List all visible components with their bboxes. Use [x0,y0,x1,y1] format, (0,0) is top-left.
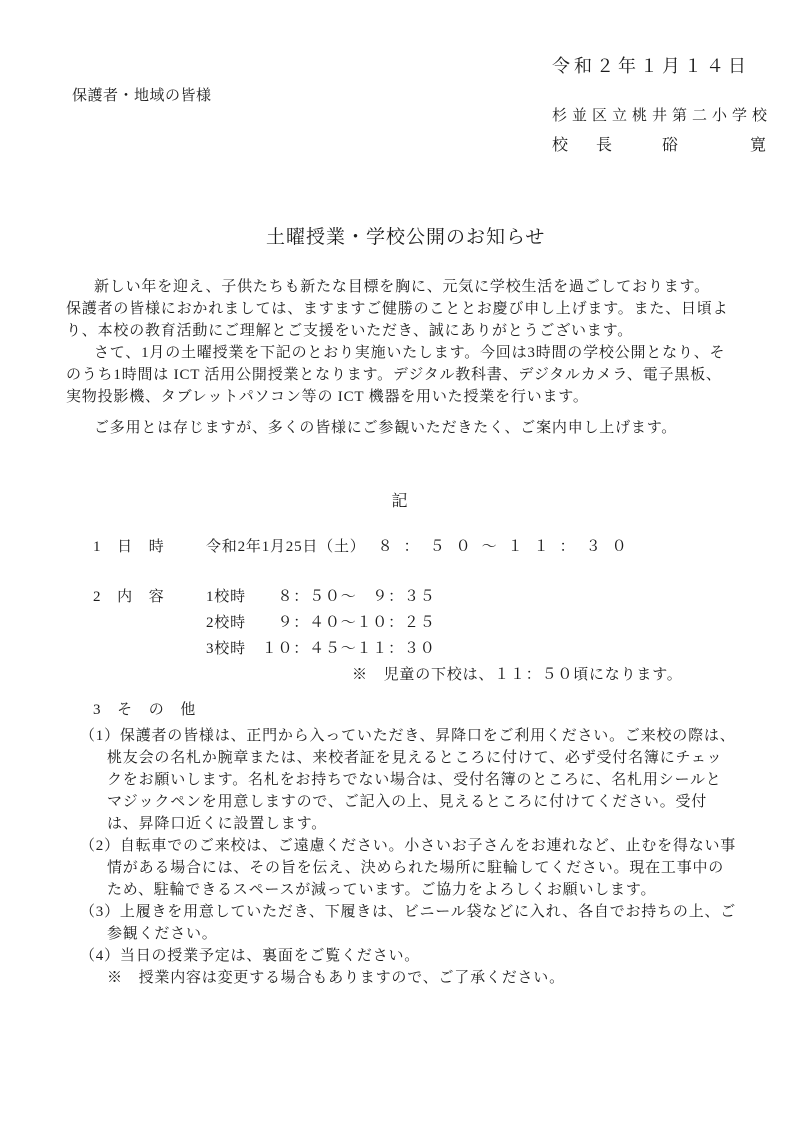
other-item-line: クをお願いします。名札をお持ちでない場合は、受付名簿のところに、名札用シールと [66,769,736,791]
other-item-line: （2）自転車でのご来校は、ご遠慮ください。小さいお子さんをお連れなど、止むを得な… [66,835,736,857]
ki-heading: 記 [0,488,800,511]
schedule-row: 1校時 ８：５０～ ９：３５ [206,589,436,605]
document-date: 令和２年１月１４日 [552,52,750,78]
body-line: 保護者の皆様におかれましては、ますますご健勝のこととお慶び申し上げます。また、日… [66,298,728,320]
item-number-label: 1 日 時 [93,534,206,560]
other-item-line: 参観ください。 [66,923,736,945]
body-line: 実物投影機、タブレットパソコン等の ICT 機器を用いた授業を行います。 [66,386,728,408]
body-paragraphs: 新しい年を迎え、子供たちも新たな目標を胸に、元気に学校生活を過ごしております。 … [66,276,728,439]
final-note: ※ 授業内容は変更する場合もありますので、ご了承ください。 [66,967,736,989]
school-notice-document: 令和２年１月１４日 保護者・地域の皆様 杉並区立桃井第二小学校 校 長 硲 寛 … [0,0,800,1131]
document-title: 土曜授業・学校公開のお知らせ [266,222,545,249]
event-time: ８：５０～１１：３０ [378,539,638,555]
event-date: 令和2年1月25日（土） [206,539,366,555]
item-other-heading: 3 そ の 他 [66,699,196,721]
schedule-row: 3校時 １０：４５～１１：３０ [66,636,683,662]
other-item-line: マジックペンを用意しますので、ご記入の上、見えるところに付けてください。受付 [66,791,736,813]
other-item-line: 桃友会の名札か腕章または、来校者証を見えるところに付けて、必ず受付名簿にチェッ [66,747,736,769]
body-line: のうち1時間は ICT 活用公開授業となります。デジタル教科書、デジタルカメラ、… [66,364,728,386]
school-name: 杉並区立桃井第二小学校 [552,102,772,131]
body-line: 新しい年を迎え、子供たちも新たな目標を胸に、元気に学校生活を過ごしております。 [66,276,728,298]
schedule-row: 2校時 ９：４０～１０：２５ [66,610,683,636]
body-line: ご多用とは存じますが、多くの皆様にご参観いただきたく、ご案内申し上げます。 [66,417,728,439]
dismissal-note: ※ 児童の下校は、１１：５０頃になります。 [66,662,683,688]
item-datetime: 1 日 時令和2年1月25日（土）８：５０～１１：３０ [66,534,638,560]
other-item-line: （3）上履きを用意していただき、下履きは、ビニール袋などに入れ、各自でお持ちの上… [66,901,736,923]
item-other-list: （1）保護者の皆様は、正門から入っていただき、昇降口をご利用ください。ご来校の際… [66,725,736,989]
other-item-line: （1）保護者の皆様は、正門から入っていただき、昇降口をご利用ください。ご来校の際… [66,725,736,747]
other-item-line: 情がある場合には、その旨を伝え、決められた場所に駐輪してください。現在工事中の [66,857,736,879]
addressee: 保護者・地域の皆様 [72,84,212,105]
other-item-line: ため、駐輪できるスペースが減っています。ご協力をよろしくお願いします。 [66,879,736,901]
sender-block: 杉並区立桃井第二小学校 校 長 硲 寛 [552,102,772,160]
body-line: さて、1月の土曜授業を下記のとおり実施いたします。今回は3時間の学校公開となり、… [66,342,728,364]
other-item-line: （4）当日の授業予定は、裏面をご覧ください。 [66,945,736,967]
other-item-line: は、昇降口近くに設置します。 [66,813,736,835]
item-contents: 2 内 容1校時 ８：５０～ ９：３５ 2校時 ９：４０～１０：２５ 3校時 １… [66,584,683,688]
item-number-label: 2 内 容 [93,584,206,610]
principal-name: 校 長 硲 寛 [552,131,772,160]
body-line: り、本校の教育活動にご理解とご支援をいただき、誠にありがとうございます。 [66,320,728,342]
